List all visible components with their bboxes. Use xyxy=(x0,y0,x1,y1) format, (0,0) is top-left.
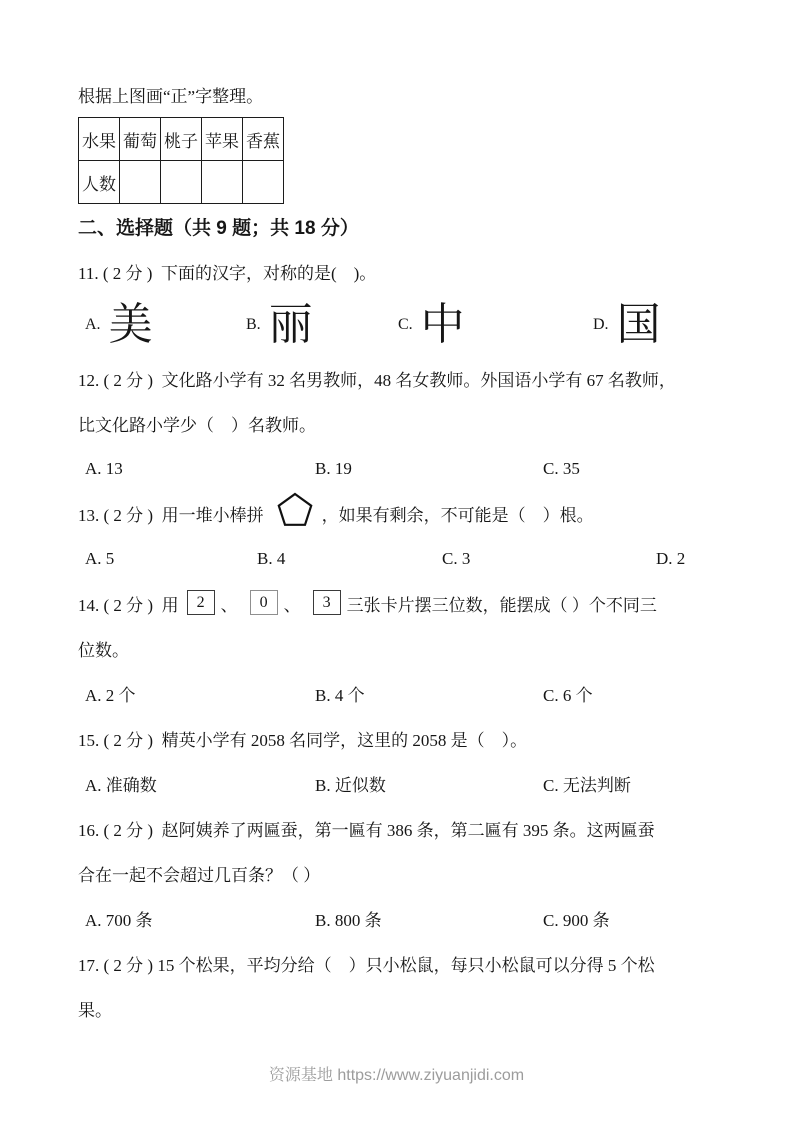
option-character: 美 xyxy=(109,303,153,347)
option-letter: C. xyxy=(398,316,413,334)
q13-text-pre: 13. ( 2 分 ) 用一堆小棒拼 xyxy=(78,501,264,526)
digit-card-0: 0 xyxy=(250,590,278,615)
q14-line1: 14. ( 2 分 ) 用 2 、 0 、 3 三张卡片摆三位数，能摆成（ ）个… xyxy=(78,581,718,626)
tally-table: 水果 葡萄 桃子 苹果 香蕉 人数 xyxy=(78,117,284,204)
tally-header-banana: 香蕉 xyxy=(243,118,284,161)
option-character: 国 xyxy=(617,303,661,347)
q15-option-a: A. 准确数 xyxy=(85,771,315,796)
q13-text-post: ，如果有剩余，不可能是（ ）根。 xyxy=(322,501,594,526)
tally-empty-cell xyxy=(243,161,284,204)
q17-line2: 果。 xyxy=(78,986,718,1031)
tally-header-peach: 桃子 xyxy=(161,118,202,161)
option-letter: D. xyxy=(593,316,609,334)
q13-option-c: C. 3 xyxy=(442,549,656,569)
q11-option-b: B. 丽 xyxy=(246,303,398,347)
tally-header-apple: 苹果 xyxy=(202,118,243,161)
q16-option-c: C. 900 条 xyxy=(543,906,610,931)
tally-empty-cell xyxy=(120,161,161,204)
q14-options: A. 2 个 B. 4 个 C. 6 个 xyxy=(78,671,718,716)
q11-text: 11. ( 2 分 ) 下面的汉字，对称的是( )。 xyxy=(78,249,718,294)
q13-text: 13. ( 2 分 ) 用一堆小棒拼 ，如果有剩余，不可能是（ ）根。 xyxy=(78,491,718,536)
q16-line2: 合在一起不会超过几百条？（ ） xyxy=(78,851,718,896)
tally-header-grape: 葡萄 xyxy=(120,118,161,161)
q14-option-b: B. 4 个 xyxy=(315,681,543,706)
q13-option-d: D. 2 xyxy=(656,549,685,569)
tally-header-fruit: 水果 xyxy=(79,118,120,161)
q14-text-post: 三张卡片摆三位数，能摆成（ ）个不同三 xyxy=(347,591,657,616)
q15-option-b: B. 近似数 xyxy=(315,771,543,796)
digit-card-3: 3 xyxy=(313,590,341,615)
q12-option-a: A. 13 xyxy=(85,459,315,479)
q15-text: 15. ( 2 分 ) 精英小学有 2058 名同学，这里的 2058 是（ ）… xyxy=(78,716,718,761)
q14-option-c: C. 6 个 xyxy=(543,681,593,706)
tally-empty-cell xyxy=(161,161,202,204)
worksheet-content: 根据上图画“正”字整理。 水果 葡萄 桃子 苹果 香蕉 人数 xyxy=(78,72,718,1031)
q15-options: A. 准确数 B. 近似数 C. 无法判断 xyxy=(78,761,718,806)
q11-option-a: A. 美 xyxy=(85,303,246,347)
card-separator: 、 xyxy=(284,591,301,616)
q13-option-a: A. 5 xyxy=(85,549,257,569)
q14-option-a: A. 2 个 xyxy=(85,681,315,706)
tally-count-label: 人数 xyxy=(79,161,120,204)
pentagon-icon xyxy=(276,492,314,528)
option-letter: A. xyxy=(85,316,101,334)
q12-line1: 12. ( 2 分 ) 文化路小学有 32 名男教师，48 名女教师。外国语小学… xyxy=(78,356,718,401)
option-letter: B. xyxy=(246,316,261,334)
q11-option-d: D. 国 xyxy=(593,303,661,347)
q11-option-c: C. 中 xyxy=(398,303,593,347)
q16-option-b: B. 800 条 xyxy=(315,906,543,931)
option-character: 丽 xyxy=(269,303,313,347)
q12-options: A. 13 B. 19 C. 35 xyxy=(78,446,718,491)
card-separator: 、 xyxy=(221,591,238,616)
q15-option-c: C. 无法判断 xyxy=(543,771,631,796)
q16-line1: 16. ( 2 分 ) 赵阿姨养了两匾蚕，第一匾有 386 条，第二匾有 395… xyxy=(78,806,718,851)
q16-options: A. 700 条 B. 800 条 C. 900 条 xyxy=(78,896,718,941)
section-title: 二、选择题（共 9 题；共 18 分） xyxy=(78,204,718,249)
q12-option-c: C. 35 xyxy=(543,459,580,479)
q17-line1: 17. ( 2 分 ) 15 个松果，平均分给（ ）只小松鼠，每只小松鼠可以分得… xyxy=(78,941,718,986)
tally-header-row: 水果 葡萄 桃子 苹果 香蕉 xyxy=(79,118,284,161)
q14-text-pre: 14. ( 2 分 ) 用 xyxy=(78,591,179,616)
q12-line2: 比文化路小学少（ ）名教师。 xyxy=(78,401,718,446)
q16-option-a: A. 700 条 xyxy=(85,906,315,931)
digit-card-2: 2 xyxy=(187,590,215,615)
q13-option-b: B. 4 xyxy=(257,549,442,569)
q13-options: A. 5 B. 4 C. 3 D. 2 xyxy=(78,536,718,581)
tally-empty-cell xyxy=(202,161,243,204)
q14-line2: 位数。 xyxy=(78,626,718,671)
q11-options: A. 美 B. 丽 C. 中 D. 国 xyxy=(78,294,718,356)
option-character: 中 xyxy=(421,303,465,347)
q12-option-b: B. 19 xyxy=(315,459,543,479)
tally-instruction: 根据上图画“正”字整理。 xyxy=(78,72,718,117)
footer-watermark: 资源基地 https://www.ziyuanjidi.com xyxy=(0,1062,793,1085)
tally-count-row: 人数 xyxy=(79,161,284,204)
worksheet-page: 根据上图画“正”字整理。 水果 葡萄 桃子 苹果 香蕉 人数 xyxy=(0,0,793,1122)
